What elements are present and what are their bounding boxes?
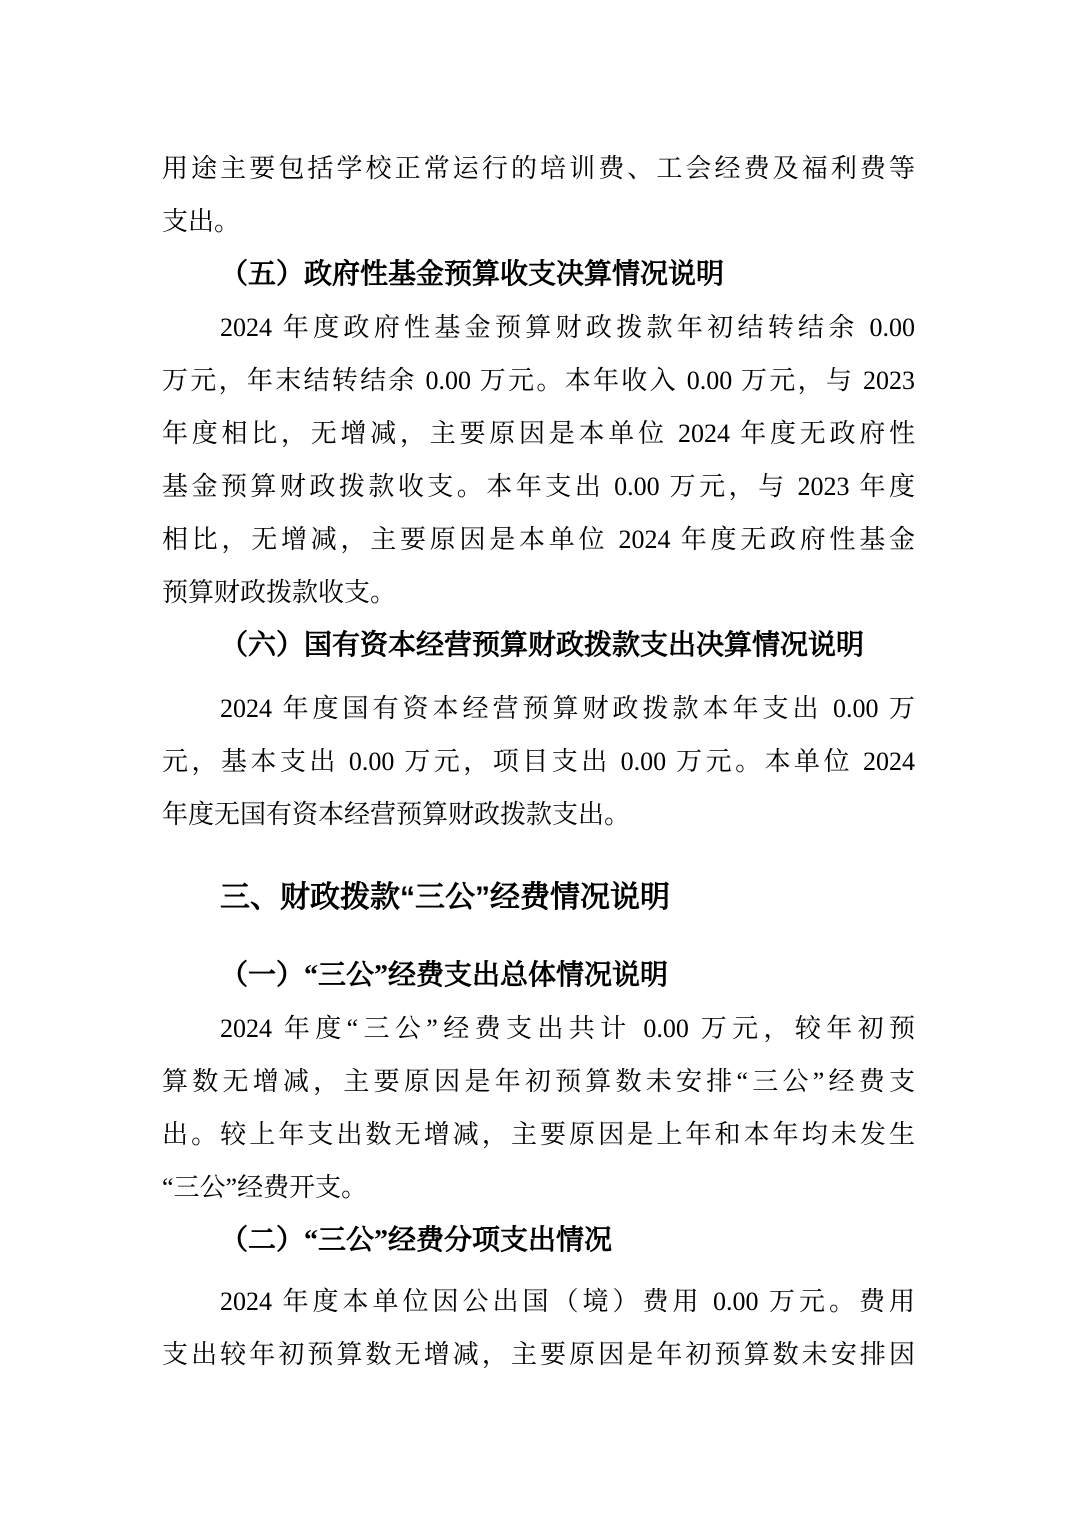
- body-text-line: 用途主要包括学校正常运行的培训费、工会经费及福利费等: [162, 142, 915, 195]
- major-section-3-heading: 三、财政拨款“三公”经费情况说明: [162, 871, 915, 924]
- subsection-1-heading: （一）“三公”经费支出总体情况说明: [162, 949, 915, 1002]
- body-text-line: 元，基本支出 0.00 万元，项目支出 0.00 万元。本单位 2024: [162, 735, 915, 788]
- body-text-line: 2024 年度“三公”经费支出共计 0.00 万元，较年初预: [162, 1002, 915, 1055]
- section-5-heading: （五）政府性基金预算收支决算情况说明: [162, 248, 915, 301]
- subsection-2-heading: （二）“三公”经费分项支出情况: [162, 1214, 915, 1267]
- body-text-line: 年度相比，无增减，主要原因是本单位 2024 年度无政府性: [162, 407, 915, 460]
- body-text-line: 2024 年度政府性基金预算财政拨款年初结转结余 0.00: [162, 301, 915, 354]
- body-text-line: 算数无增减，主要原因是年初预算数未安排“三公”经费支: [162, 1055, 915, 1108]
- body-text-line: 万元，年末结转结余 0.00 万元。本年收入 0.00 万元，与 2023: [162, 354, 915, 407]
- body-text-line: 2024 年度国有资本经营预算财政拨款本年支出 0.00 万: [162, 682, 915, 735]
- body-text-line: 2024 年度本单位因公出国（境）费用 0.00 万元。费用: [162, 1275, 915, 1328]
- body-text-line: “三公”经费开支。: [162, 1161, 915, 1214]
- body-text-line: 年度无国有资本经营预算财政拨款支出。: [162, 788, 915, 841]
- page-text-block: 用途主要包括学校正常运行的培训费、工会经费及福利费等 支出。 （五）政府性基金预…: [162, 142, 915, 1381]
- body-text-line: 支出较年初预算数无增减，主要原因是年初预算数未安排因: [162, 1328, 915, 1381]
- body-text-line: 预算财政拨款收支。: [162, 566, 915, 619]
- body-text-line: 出。较上年支出数无增减，主要原因是上年和本年均未发生: [162, 1108, 915, 1161]
- body-text-line: 支出。: [162, 195, 915, 248]
- body-text-line: 基金预算财政拨款收支。本年支出 0.00 万元，与 2023 年度: [162, 460, 915, 513]
- document-page: 用途主要包括学校正常运行的培训费、工会经费及福利费等 支出。 （五）政府性基金预…: [0, 0, 1075, 1520]
- body-text-line: 相比，无增减，主要原因是本单位 2024 年度无政府性基金: [162, 513, 915, 566]
- section-6-heading: （六）国有资本经营预算财政拨款支出决算情况说明: [162, 619, 915, 672]
